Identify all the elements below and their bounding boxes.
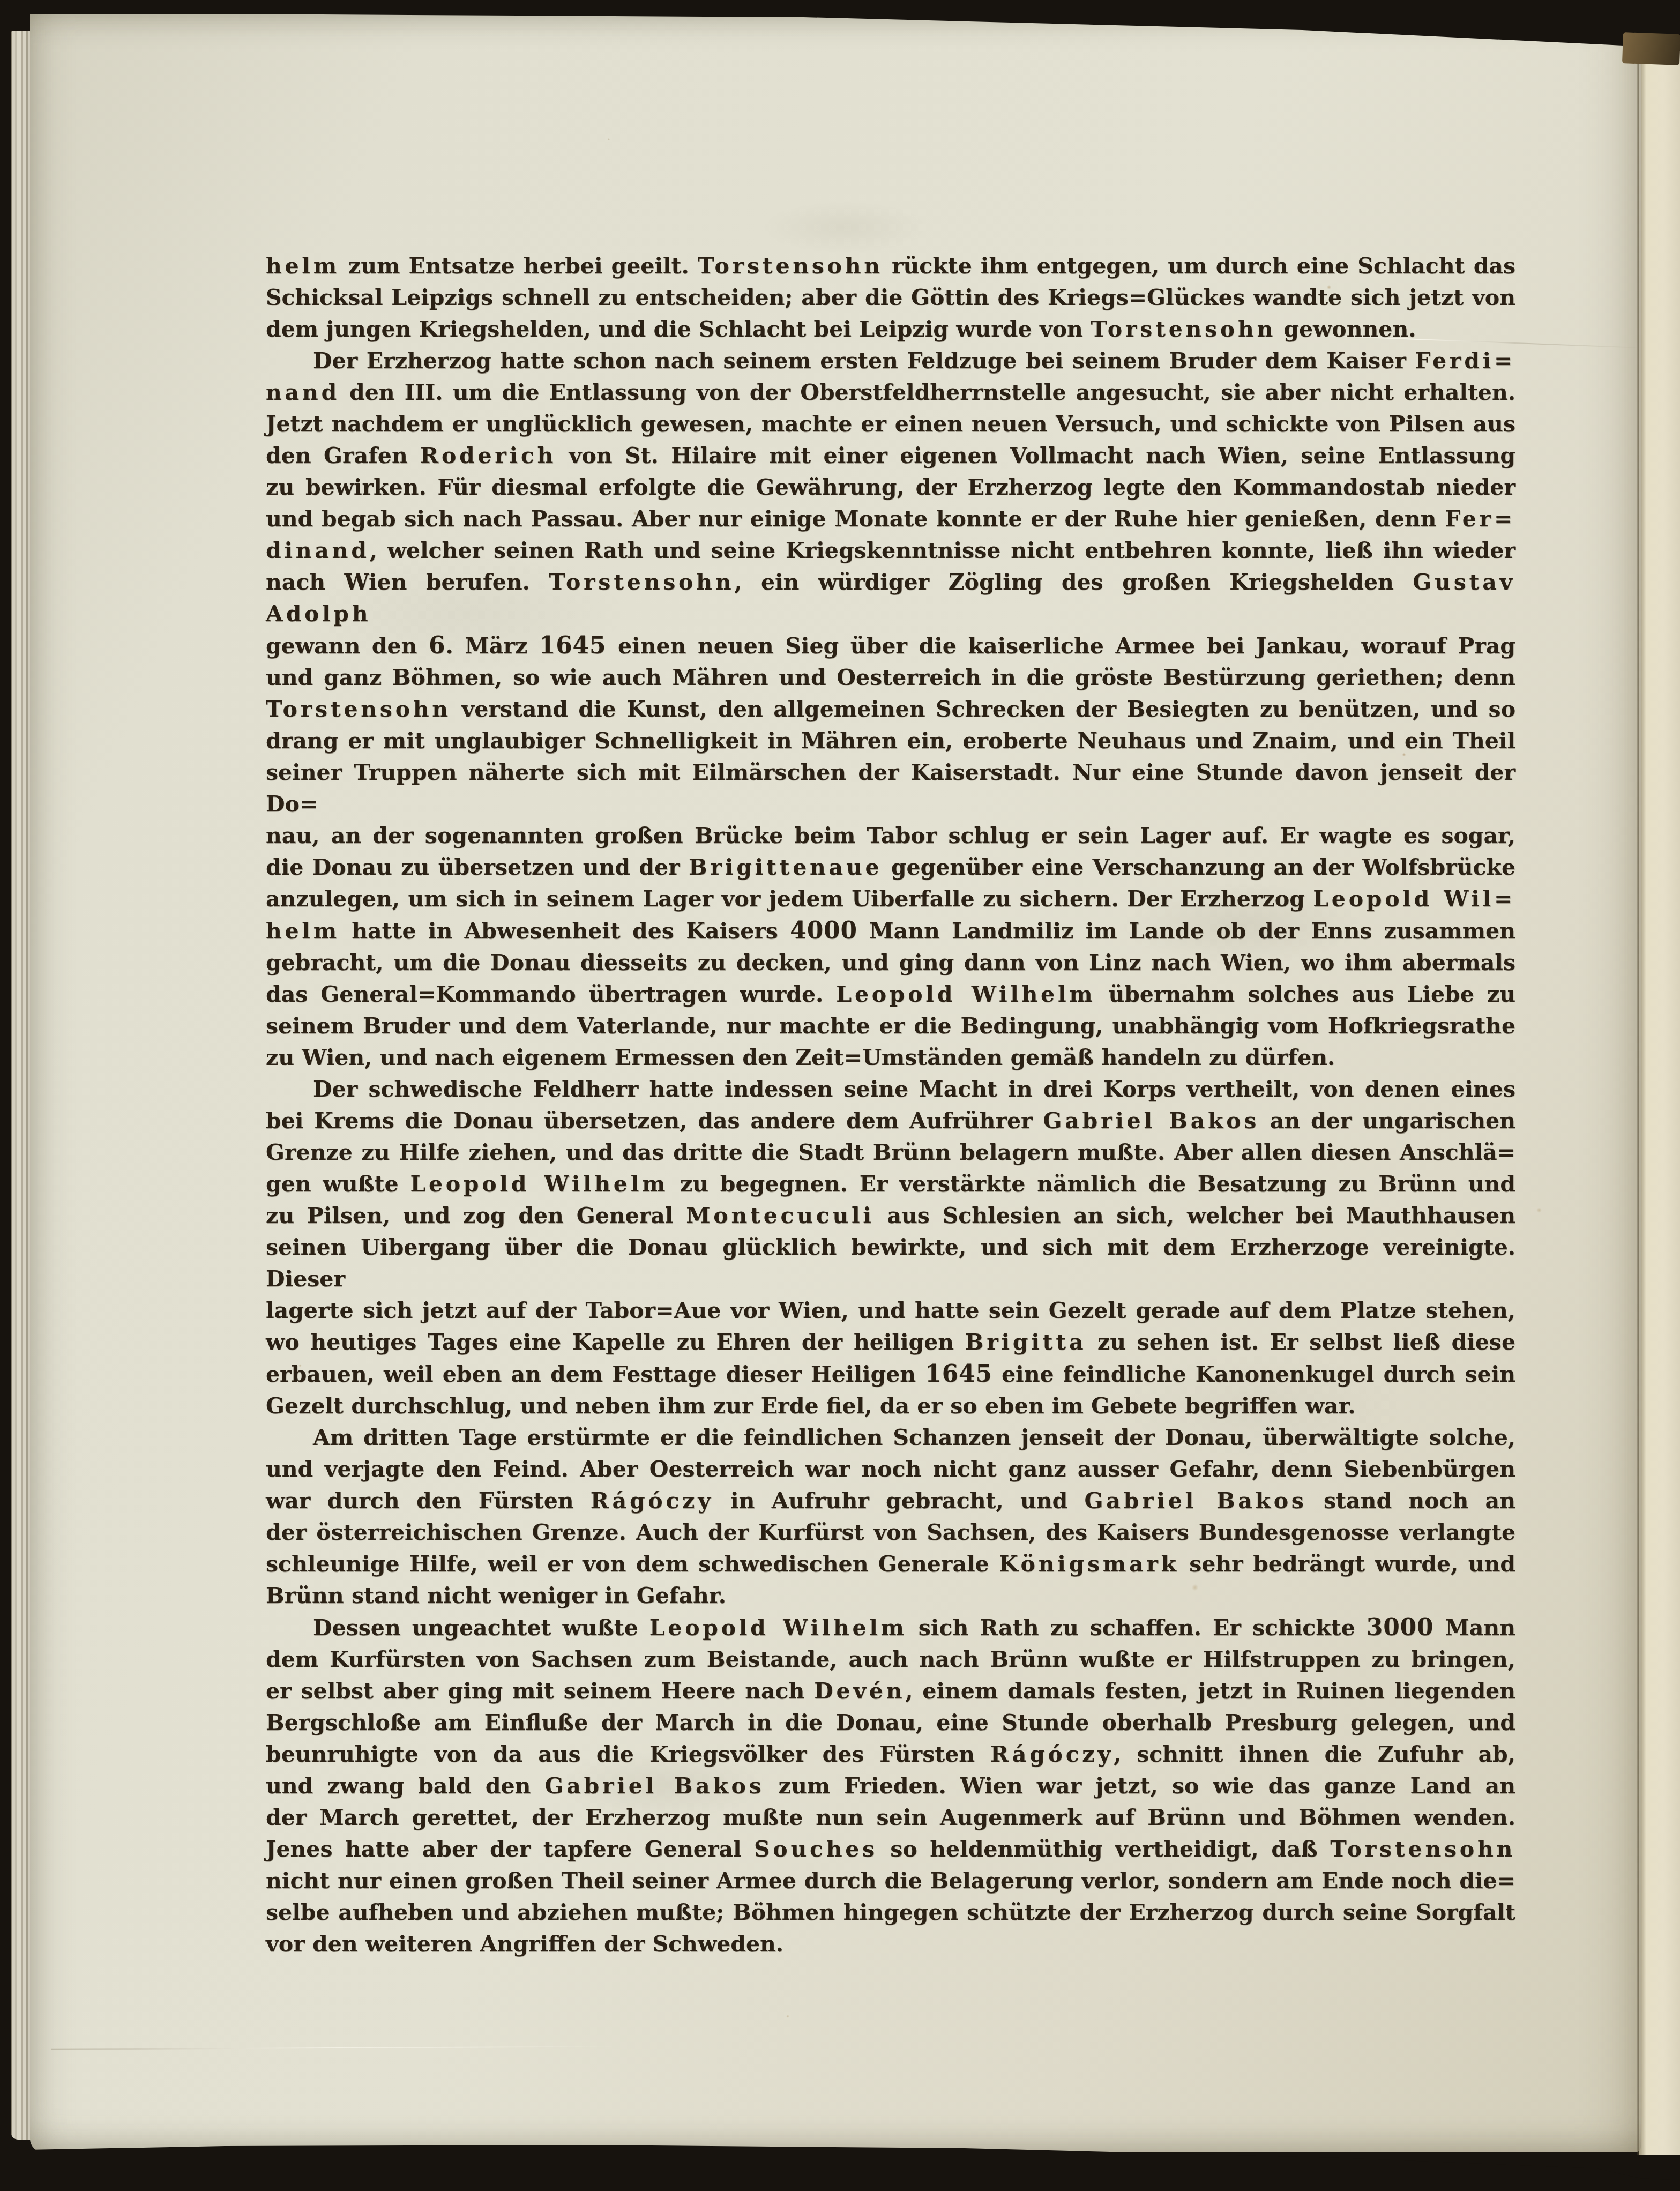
text-line: nau, an der sogenannten großen Brücke be… — [266, 820, 1515, 852]
text-line: und ganz Böhmen, so wie auch Mähren und … — [266, 662, 1515, 694]
text-line: seiner Truppen näherte sich mit Eilmärsc… — [266, 757, 1515, 820]
text-line: und verjagte den Feind. Aber Oesterreich… — [266, 1454, 1515, 1485]
text-line: und begab sich nach Passau. Aber nur ein… — [266, 503, 1515, 535]
text-line: gen wußte Leopold Wilhelm zu begegnen. E… — [266, 1168, 1515, 1200]
text-line: Am dritten Tage erstürmte er die feindli… — [266, 1422, 1515, 1454]
fore-edge-crease — [1637, 43, 1639, 2155]
text-line: der March gerettet, der Erzherzog mußte … — [266, 1802, 1515, 1834]
text-line: nach Wien berufen. Torstensohn, ein würd… — [266, 567, 1515, 630]
text-line: gewann den 6. März 1645 einen neuen Sieg… — [266, 630, 1515, 662]
text-line: Jenes hatte aber der tapfere General Sou… — [266, 1834, 1515, 1865]
text-line: Der schwedische Feldherr hatte indessen … — [266, 1074, 1515, 1105]
text-line: seinen Uibergang über die Donau glücklic… — [266, 1232, 1515, 1295]
text-line: erbauen, weil eben an dem Festtage diese… — [266, 1358, 1515, 1390]
text-line: seinem Bruder und dem Vaterlande, nur ma… — [266, 1010, 1515, 1042]
text-line: dem Kurfürsten von Sachsen zum Beistande… — [266, 1644, 1515, 1675]
binding-patch — [1622, 32, 1680, 65]
text-line: vor den weiteren Angriffen der Schweden. — [266, 1928, 1515, 1960]
scan-background-left — [0, 0, 11, 2191]
text-line: beunruhigte von da aus die Kriegsvölker … — [266, 1739, 1515, 1770]
text-line: dinand, welcher seinen Rath und seine Kr… — [266, 535, 1515, 567]
text-line: Schicksal Leipzigs schnell zu entscheide… — [266, 282, 1515, 314]
text-line: schleunige Hilfe, weil er von dem schwed… — [266, 1548, 1515, 1580]
text-line: die Donau zu übersetzen und der Brigitte… — [266, 852, 1515, 883]
text-line: bei Krems die Donau übersetzen, das ande… — [266, 1105, 1515, 1137]
text-line: Gezelt durchschlug, und neben ihm zur Er… — [266, 1390, 1515, 1422]
book-page: helm zum Entsatze herbei geeilt. Torsten… — [30, 13, 1641, 2152]
text-line: Grenze zu Hilfe ziehen, und das dritte d… — [266, 1137, 1515, 1168]
fore-edge-next-page — [1639, 43, 1680, 2155]
text-line: Dessen ungeachtet wußte Leopold Wilhelm … — [266, 1612, 1515, 1644]
text-line: lagerte sich jetzt auf der Tabor=Aue vor… — [266, 1295, 1515, 1326]
text-line: Torstensohn verstand die Kunst, den allg… — [266, 694, 1515, 725]
text-line: das General=Kommando übertragen wurde. L… — [266, 979, 1515, 1010]
text-line: der österreichischen Grenze. Auch der Ku… — [266, 1517, 1515, 1548]
text-line: den Grafen Roderich von St. Hilaire mit … — [266, 440, 1515, 472]
text-line: anzulegen, um sich in seinem Lager vor j… — [266, 883, 1515, 915]
text-line: und zwang bald den Gabriel Bakos zum Fri… — [266, 1770, 1515, 1802]
text-line: dem jungen Kriegshelden, und die Schlach… — [266, 314, 1515, 345]
text-line: nicht nur einen großen Theil seiner Arme… — [266, 1865, 1515, 1897]
text-line: helm hatte in Abwesenheit des Kaisers 40… — [266, 915, 1515, 947]
paper-crease — [51, 2046, 619, 2050]
text-block: helm zum Entsatze herbei geeilt. Torsten… — [266, 250, 1515, 1960]
text-line: drang er mit unglaubiger Schnelligkeit i… — [266, 725, 1515, 757]
page-edge-stack — [11, 31, 32, 2140]
scanner-background: { "colors": { "paper": "#e2e0d1", "ink":… — [0, 0, 1680, 2191]
text-line: war durch den Fürsten Rágóczy in Aufruhr… — [266, 1485, 1515, 1517]
text-line: er selbst aber ging mit seinem Heere nac… — [266, 1675, 1515, 1707]
text-line: nand den III. um die Entlassung von der … — [266, 377, 1515, 408]
text-line: zu Wien, und nach eigenem Ermessen den Z… — [266, 1042, 1515, 1074]
text-line: Brünn stand nicht weniger in Gefahr. — [266, 1580, 1515, 1612]
text-line: zu Pilsen, und zog den General Montecucu… — [266, 1200, 1515, 1232]
text-line: gebracht, um die Donau diesseits zu deck… — [266, 947, 1515, 979]
text-line: selbe aufheben und abziehen mußte; Böhme… — [266, 1897, 1515, 1928]
text-line: wo heutiges Tages eine Kapelle zu Ehren … — [266, 1326, 1515, 1358]
text-line: zu bewirken. Für diesmal erfolgte die Ge… — [266, 472, 1515, 503]
text-line: Der Erzherzog hatte schon nach seinem er… — [266, 345, 1515, 377]
text-line: helm zum Entsatze herbei geeilt. Torsten… — [266, 250, 1515, 282]
text-line: Bergschloße am Einfluße der March in die… — [266, 1707, 1515, 1739]
text-line: Jetzt nachdem er unglücklich gewesen, ma… — [266, 408, 1515, 440]
